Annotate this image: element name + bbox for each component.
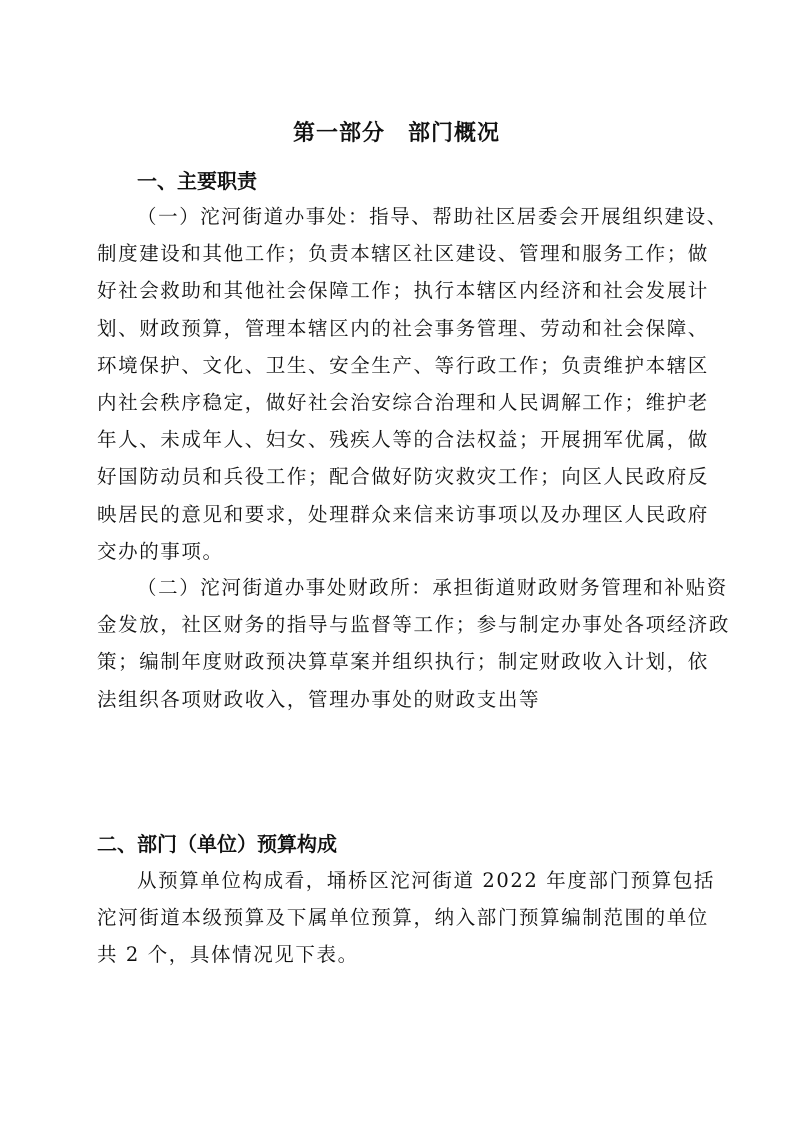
- section-heading-main-duties: 一、主要职责: [137, 165, 257, 194]
- text-line: 年人、未成年人、妇女、残疾人等的合法权益；开展拥军优属，做: [97, 421, 703, 458]
- page-title: 第一部分 部门概况: [0, 116, 793, 147]
- text-line: 内社会秩序稳定，做好社会治安综合治理和人民调解工作；维护老: [97, 384, 703, 421]
- paragraph-finance-office-duties: （二）沱河街道办事处财政所：承担街道财政财务管理和补贴资 金发放，社区财务的指导…: [97, 569, 703, 718]
- text-line: （一）沱河街道办事处：指导、帮助社区居委会开展组织建设、: [97, 198, 703, 235]
- text-line: 共 2 个，具体情况见下表。: [97, 936, 703, 973]
- paragraph-budget-composition: 从预算单位构成看，埇桥区沱河街道 2022 年度部门预算包括 沱河街道本级预算及…: [97, 862, 703, 974]
- text-line: 环境保护、文化、卫生、安全生产、等行政工作；负责维护本辖区: [97, 347, 703, 384]
- text-line: 好国防动员和兵役工作；配合做好防灾救灾工作；向区人民政府反: [97, 458, 703, 495]
- text-line: 从预算单位构成看，埇桥区沱河街道 2022 年度部门预算包括: [97, 862, 703, 899]
- text-line: 映居民的意见和要求，处理群众来信来访事项以及办理区人民政府: [97, 496, 703, 533]
- text-line: 交办的事项。: [97, 533, 703, 570]
- text-line: 沱河街道本级预算及下属单位预算，纳入部门预算编制范围的单位: [97, 899, 703, 936]
- text-line: 划、财政预算，管理本辖区内的社会事务管理、劳动和社会保障、: [97, 310, 703, 347]
- document-page: 第一部分 部门概况 一、主要职责 （一）沱河街道办事处：指导、帮助社区居委会开展…: [0, 0, 793, 1122]
- text-line: 法组织各项财政收入，管理办事处的财政支出等: [97, 681, 703, 718]
- text-line: 制度建设和其他工作；负责本辖区社区建设、管理和服务工作；做: [97, 235, 703, 272]
- text-line: 好社会救助和其他社会保障工作；执行本辖区内经济和社会发展计: [97, 272, 703, 309]
- text-line: 金发放，社区财务的指导与监督等工作；参与制定办事处各项经济政: [97, 606, 703, 643]
- section-heading-budget-composition: 二、部门（单位）预算构成: [97, 828, 337, 857]
- text-line: （二）沱河街道办事处财政所：承担街道财政财务管理和补贴资: [97, 569, 703, 606]
- paragraph-street-office-duties: （一）沱河街道办事处：指导、帮助社区居委会开展组织建设、 制度建设和其他工作；负…: [97, 198, 703, 570]
- text-line: 策；编制年度财政预决算草案并组织执行；制定财政收入计划，依: [97, 643, 703, 680]
